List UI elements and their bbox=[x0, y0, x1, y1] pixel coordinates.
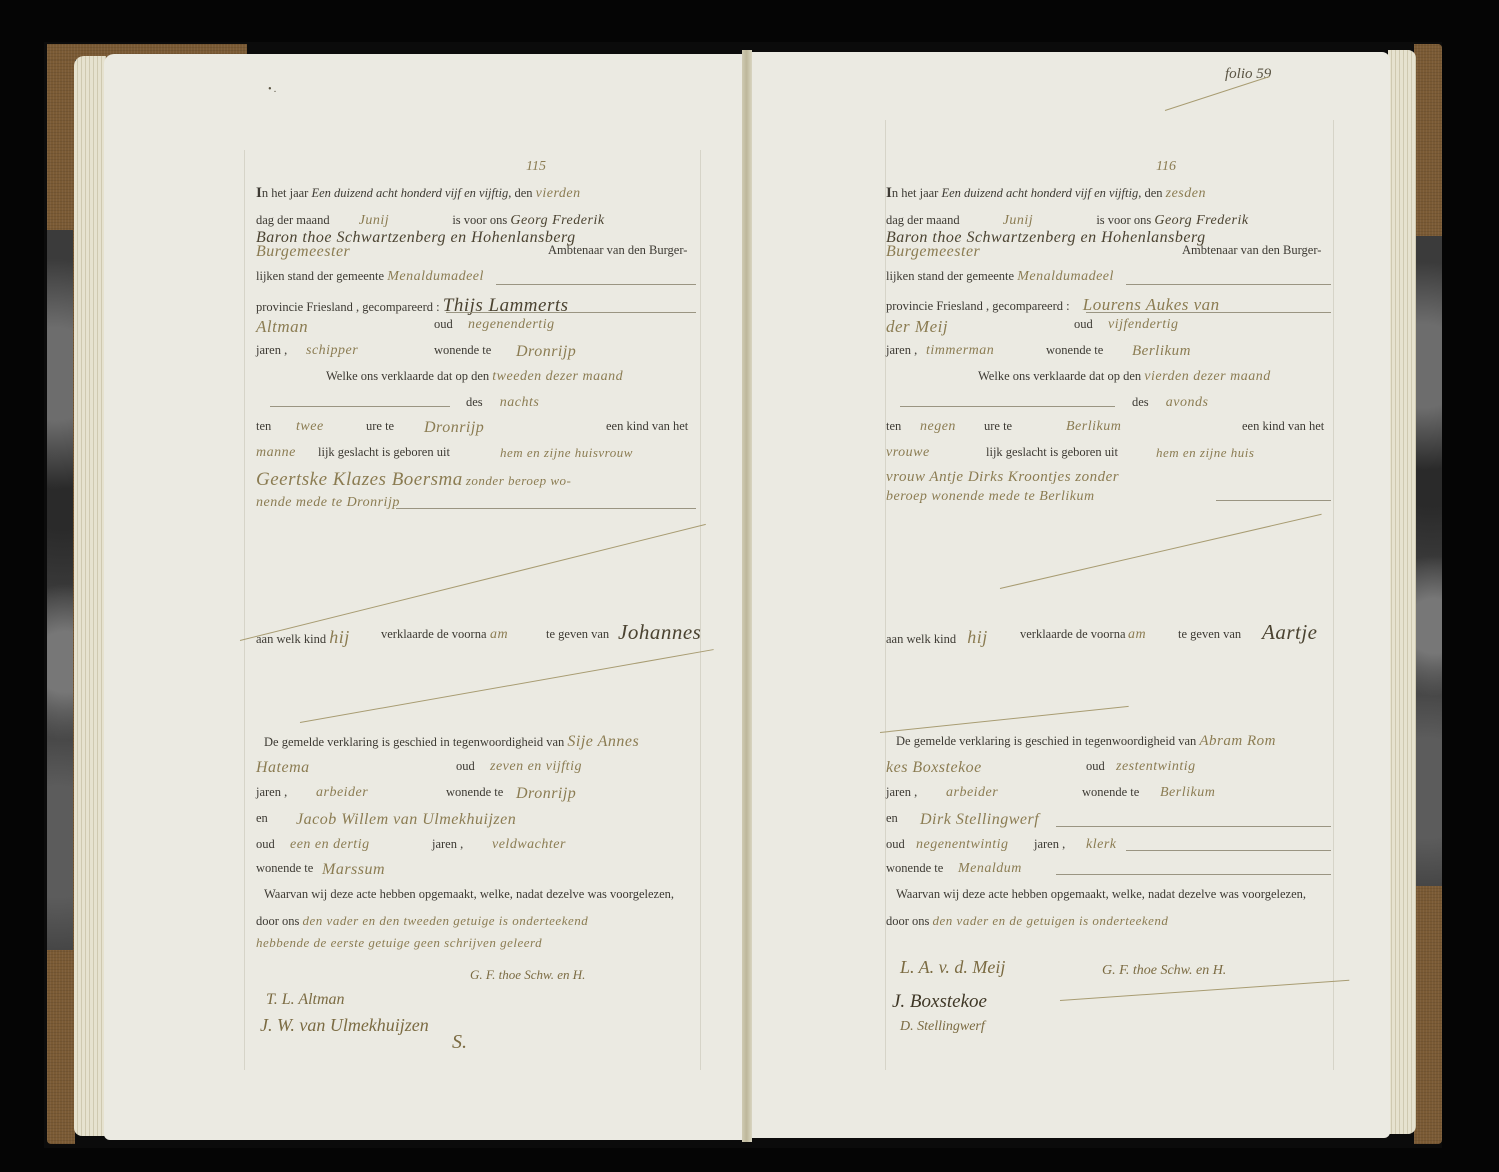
witness-1-occupation: arbeider bbox=[316, 786, 368, 800]
witness-2-occupation: klerk bbox=[1086, 838, 1116, 852]
child-sex: vrouwe bbox=[886, 445, 930, 460]
rule bbox=[1056, 874, 1331, 875]
declarant-occupation: schipper bbox=[306, 344, 358, 358]
rule bbox=[270, 406, 450, 407]
form-line-door-ons: door ons den vader en den tweeden getuig… bbox=[256, 914, 588, 928]
time-of-day: nachts bbox=[500, 395, 540, 410]
declarant-surname: der Meij bbox=[886, 317, 948, 336]
month-value: Junij bbox=[1003, 213, 1034, 228]
birth-date: tweeden dezer maand bbox=[492, 369, 623, 384]
month-value: Junij bbox=[359, 213, 390, 228]
form-line-occupation: jaren , timmerman wonende te Berlikum bbox=[886, 344, 917, 357]
form-line-waarvan: Waarvan wij deze acte hebben opgemaakt, … bbox=[264, 888, 674, 901]
form-line-sex: vrouwe lijk geslacht is geboren uit hem … bbox=[886, 446, 930, 460]
marble-board-right bbox=[1416, 236, 1442, 886]
signature-3: J. W. van Ulmekhuijzen bbox=[260, 1016, 429, 1034]
form-line-witness1-occ: jaren , arbeider wonende te Berlikum bbox=[886, 786, 917, 799]
official-name-1: Georg Frederik bbox=[510, 213, 604, 228]
form-line-age: Altman oud negenendertig bbox=[256, 318, 308, 335]
form-line-municipality: lijken stand der gemeente Menaldumadeel bbox=[886, 270, 1114, 284]
official-name-1: Georg Frederik bbox=[1154, 213, 1248, 228]
parents-line-2: Geertske Klazes Boersma zonder beroep wo… bbox=[256, 470, 571, 489]
year-words: Een duizend acht honderd vijf en vijftig bbox=[941, 186, 1138, 200]
time-of-day: avonds bbox=[1166, 395, 1209, 410]
child-name: Johannes bbox=[618, 622, 701, 643]
signature-4: S. bbox=[452, 1032, 467, 1052]
form-line-witness2-age: oud negenentwintig jaren , klerk bbox=[886, 838, 905, 851]
closing-line-2: hebbende de eerste getuige geen schrijve… bbox=[256, 936, 542, 949]
rule bbox=[496, 284, 696, 285]
signature-1: L. A. v. d. Meij bbox=[900, 958, 1005, 976]
witness-1-residence: Dronrijp bbox=[516, 786, 576, 802]
page-edges-left bbox=[74, 56, 106, 1136]
form-line-witness1-age: kes Boxstekoe oud zestentwintig bbox=[886, 760, 982, 776]
form-line-official: Burgemeester Ambtenaar van den Burger- bbox=[886, 244, 980, 260]
form-line-witness2: en Dirk Stellingwerf bbox=[886, 812, 898, 825]
witness-2-age: negenentwintig bbox=[916, 838, 1009, 852]
parents-line-3: beroep wonende mede te Berlikum bbox=[886, 490, 1095, 504]
parents-line-1: hem en zijne huis bbox=[1156, 446, 1254, 459]
signature-3: D. Stellingwerf bbox=[900, 1020, 985, 1034]
form-line-witness1-occ: jaren , arbeider wonende te Dronrijp bbox=[256, 786, 287, 799]
form-line-birthdate: Welke ons verklaarde dat op den vierden … bbox=[978, 370, 1271, 384]
form-line-municipality: lijken stand der gemeente Menaldumadeel bbox=[256, 270, 484, 284]
form-line-year: In het jaar Een duizend acht honderd vij… bbox=[256, 186, 581, 201]
rule bbox=[446, 312, 696, 313]
year-words: Een duizend acht honderd vijf en vijftig bbox=[311, 186, 508, 200]
pronoun: hij bbox=[329, 627, 350, 647]
witness-1-name: Sije Annes bbox=[567, 733, 639, 750]
form-line-witness2-res: wonende te Marssum bbox=[256, 862, 313, 875]
municipality-value: Menaldumadeel bbox=[387, 269, 484, 284]
declarant-residence: Dronrijp bbox=[516, 344, 576, 360]
form-line-declarant: provincie Friesland , gecompareerd : Lou… bbox=[886, 296, 1220, 313]
witness-2-age: een en dertig bbox=[290, 838, 370, 852]
official-title: Burgemeester bbox=[886, 243, 980, 260]
mother-name: vrouw Antje Dirks Kroontjes zonder bbox=[886, 470, 1119, 485]
left-entry: 115 In het jaar Een duizend acht honderd… bbox=[256, 0, 706, 1172]
official-title: Burgemeester bbox=[256, 243, 350, 260]
entry-number: 116 bbox=[1156, 160, 1176, 174]
witness-2-residence: Menaldum bbox=[958, 862, 1022, 876]
rule bbox=[396, 508, 696, 509]
left-page-margin-rule bbox=[244, 150, 245, 1070]
child-name: Aartje bbox=[1262, 622, 1318, 643]
form-line-hour: ten negen ure te Berlikum een kind van h… bbox=[886, 420, 901, 433]
witness-1-age: zestentwintig bbox=[1116, 760, 1196, 774]
form-line-month: dag der maand Junij is voor ons Georg Fr… bbox=[256, 214, 605, 228]
signature-2: G. F. thoe Schw. en H. bbox=[470, 968, 585, 981]
parents-line-1: hem en zijne huisvrouw bbox=[500, 446, 633, 459]
municipality-value: Menaldumadeel bbox=[1017, 269, 1114, 284]
declarant-surname: Altman bbox=[256, 317, 308, 336]
form-line-door-ons: door ons den vader en de getuigen is ond… bbox=[886, 914, 1168, 928]
rule bbox=[1216, 500, 1331, 501]
marble-board-left bbox=[47, 230, 73, 950]
witness-2-occupation: veldwachter bbox=[492, 838, 566, 852]
witness-1-surname: Hatema bbox=[256, 759, 310, 776]
witness-2-residence: Marssum bbox=[322, 862, 385, 878]
binding-gutter bbox=[742, 50, 752, 1142]
declarant-residence: Berlikum bbox=[1132, 344, 1191, 359]
witness-1-age: zeven en vijftig bbox=[490, 760, 582, 774]
form-line-birthdate: Welke ons verklaarde dat op den tweeden … bbox=[326, 370, 623, 384]
form-line-month: dag der maand Junij is voor ons Georg Fr… bbox=[886, 214, 1249, 228]
form-line-childname: aan welk kind hij verklaarde de voornaam… bbox=[886, 628, 988, 646]
form-line-witness2-res: wonende te Menaldum bbox=[886, 862, 943, 875]
rule bbox=[900, 406, 1115, 407]
witness-1-surname: kes Boxstekoe bbox=[886, 759, 982, 776]
signature-2: J. Boxstekoe bbox=[892, 992, 987, 1011]
parents-line-3: nende mede te Dronrijp bbox=[256, 496, 400, 510]
mother-name: Geertske Klazes Boersma bbox=[256, 469, 463, 490]
witness-1-occupation: arbeider bbox=[946, 786, 998, 800]
form-line-sex: manne lijk geslacht is geboren uit hem e… bbox=[256, 446, 296, 460]
witness-1-name: Abram Rom bbox=[1199, 733, 1276, 749]
form-line-witness1-age: Hatema oud zeven en vijftig bbox=[256, 760, 310, 776]
birth-place: Dronrijp bbox=[424, 420, 484, 436]
form-line-timeofday: des nachts bbox=[466, 396, 539, 410]
pronoun: hij bbox=[967, 627, 988, 647]
rule bbox=[1126, 284, 1331, 285]
form-line-waarvan: Waarvan wij deze acte hebben opgemaakt, … bbox=[896, 888, 1306, 901]
declarant-age: vijfendertig bbox=[1108, 318, 1179, 332]
birth-date: vierden dezer maand bbox=[1144, 369, 1270, 384]
declarant-occupation: timmerman bbox=[926, 344, 994, 358]
signature-1: T. L. Altman bbox=[266, 992, 345, 1008]
form-line-witness: De gemelde verklaring is geschied in teg… bbox=[896, 734, 1276, 749]
rule bbox=[1086, 312, 1331, 313]
signature-4: G. F. thoe Schw. en H. bbox=[1102, 964, 1226, 978]
form-line-childname: aan welk kind hij verklaarde de voornaam… bbox=[256, 628, 350, 646]
day-value: zesden bbox=[1166, 186, 1206, 201]
form-line-witness2: en Jacob Willem van Ulmekhuijzen bbox=[256, 812, 268, 825]
closing-line-1: den vader en de getuigen is onderteekend bbox=[933, 913, 1169, 928]
form-line-hour: ten twee ure te Dronrijp een kind van he… bbox=[256, 420, 271, 433]
form-line-witness2-age: oud een en dertig jaren , veldwachter bbox=[256, 838, 275, 851]
rule bbox=[1126, 850, 1331, 851]
form-line-age: der Meij oud vijfendertig bbox=[886, 318, 948, 335]
day-value: vierden bbox=[536, 186, 581, 201]
birth-hour: negen bbox=[920, 420, 956, 434]
closing-line-1: den vader en den tweeden getuige is onde… bbox=[303, 913, 589, 928]
form-line-occupation: jaren , schipper wonende te Dronrijp bbox=[256, 344, 287, 357]
child-sex: manne bbox=[256, 445, 296, 460]
rule bbox=[1056, 826, 1331, 827]
witness-2-name: Dirk Stellingwerf bbox=[920, 812, 1039, 828]
page-edges-right bbox=[1388, 50, 1416, 1134]
form-line-witness: De gemelde verklaring is geschied in teg… bbox=[264, 734, 639, 750]
form-line-official: Burgemeester Ambtenaar van den Burger- bbox=[256, 244, 350, 260]
witness-2-name: Jacob Willem van Ulmekhuijzen bbox=[296, 812, 516, 828]
birth-place: Berlikum bbox=[1066, 420, 1121, 434]
form-line-timeofday: des avonds bbox=[1132, 396, 1208, 410]
form-line-year: In het jaar Een duizend acht honderd vij… bbox=[886, 186, 1206, 201]
declarant-age: negenendertig bbox=[468, 318, 555, 332]
birth-hour: twee bbox=[296, 420, 324, 434]
witness-1-residence: Berlikum bbox=[1160, 786, 1215, 800]
entry-number: 115 bbox=[526, 160, 546, 174]
